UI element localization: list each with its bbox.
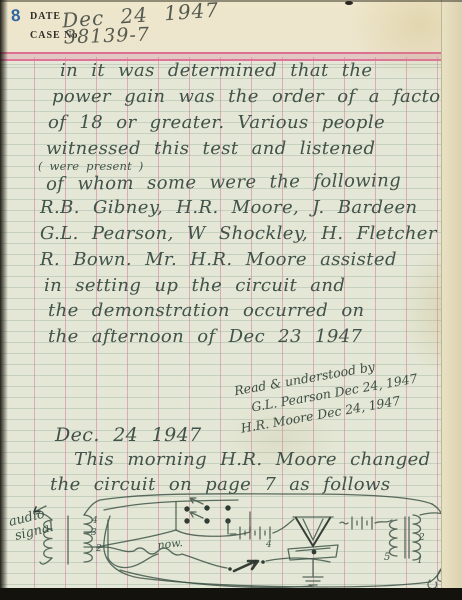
page-bottom-edge: [0, 588, 462, 600]
transformer-label-2: 2: [418, 533, 425, 543]
top-wire-inner: [104, 500, 238, 510]
entry1-line: power gain was the order of a factor: [52, 86, 450, 107]
entry1-line: the afternoon of Dec 23 1947: [48, 326, 362, 347]
battery1-subscript: 4: [265, 540, 272, 550]
battery-2: [340, 517, 392, 529]
page-top-edge: [0, 0, 462, 2]
page-left-edge: [0, 0, 8, 600]
entry1-line: R.B. Gibney, H.R. Moore, J. Bardeen: [40, 197, 418, 218]
entry1-line: in setting up the circuit and: [44, 275, 345, 296]
transformer-label-1: 1: [417, 556, 423, 566]
circuit-diagram: audio signal 4 3 2: [0, 490, 462, 600]
page-right-edge: [441, 0, 462, 600]
entry1-line: in it was determined that the: [60, 60, 372, 81]
entry1-line: the demonstration occurred on: [48, 300, 365, 321]
transistor-wedge: [288, 517, 338, 560]
entry1-line: witnessed this test and listened: [46, 138, 375, 159]
now-label: now.: [157, 536, 184, 552]
header-case-number-handwritten: 38139-7: [64, 24, 151, 49]
entry1-line: G.L. Pearson, W Shockley, H. Fletcher: [40, 223, 437, 244]
entry1-line: R. Bown. Mr. H.R. Moore assisted: [40, 249, 397, 270]
entry1-insertion: ( were present ): [38, 159, 144, 173]
entry2-line: This morning H.R. Moore changed: [74, 449, 431, 470]
switch-contacts: [176, 498, 250, 536]
battery-1: 4: [230, 519, 294, 550]
entry2-date-heading: Dec. 24 1947: [55, 424, 202, 446]
entry1-line: of whom some were the following: [46, 170, 401, 195]
notebook-page: 8 DATE CASE No. Dec 24 1947 38139-7 in i…: [0, 0, 462, 600]
transformer-label-5: 5: [384, 552, 390, 563]
tap-label-4: 4: [91, 516, 98, 526]
ground-symbol: [303, 560, 323, 585]
page-number: 8: [10, 6, 21, 27]
loop-wire-bottom: [104, 516, 430, 587]
now-annotation: now.: [97, 536, 330, 571]
wire-curl-left: [108, 554, 158, 568]
tap-label-2: 2: [95, 544, 102, 554]
entry1-line: of 18 or greater. Various people: [48, 112, 385, 133]
tap-label-3: 3: [91, 528, 97, 538]
date-label: DATE: [30, 11, 61, 22]
